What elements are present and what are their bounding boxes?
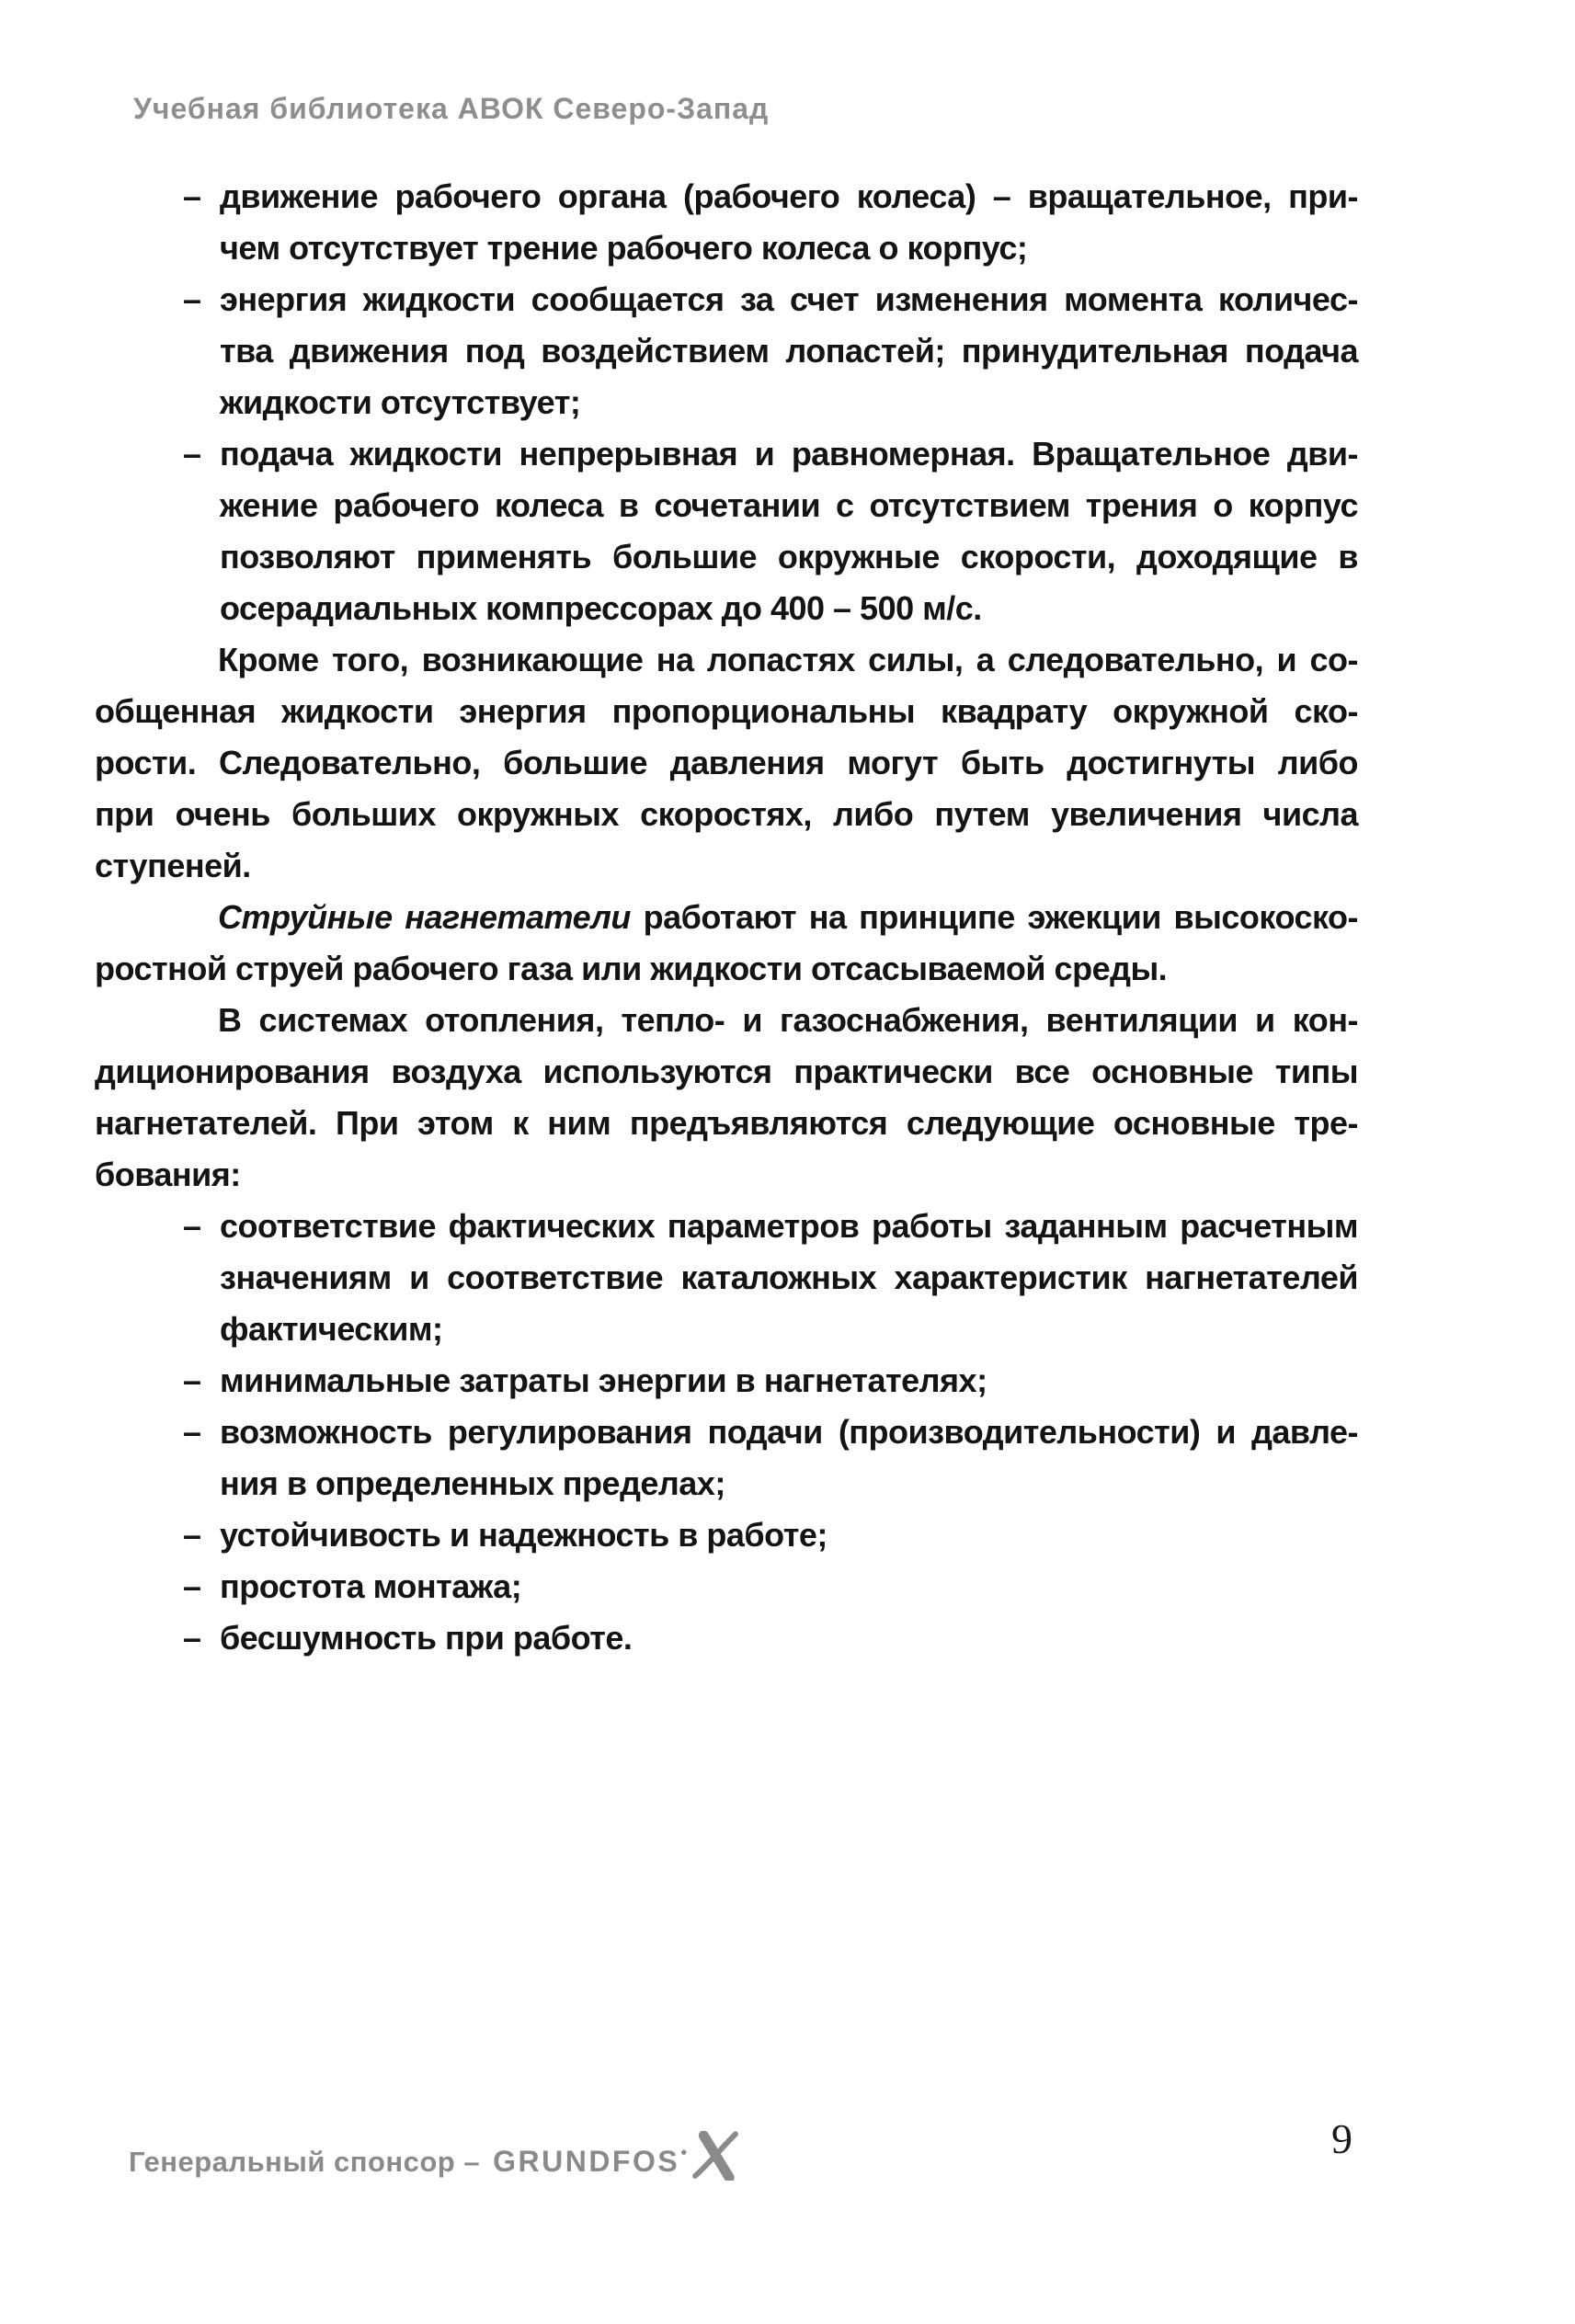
bullet-item: –соответствие фактических параметров раб… (95, 1201, 1358, 1355)
bullet-item: –подача жидкости непрерывная и равномерн… (95, 428, 1358, 634)
sponsor-footer: Генеральный спонсор – GRUNDFOS • (129, 2122, 740, 2179)
text-line: В системах отопления, тепло- и газоснабж… (95, 995, 1358, 1046)
lead-term: Струйные нагнетатели (218, 898, 631, 936)
bullet-dash: – (183, 1612, 201, 1664)
bullet-item: –простота монтажа; (95, 1561, 1358, 1612)
text-line: –устойчивость и надежность в работе; (220, 1509, 1358, 1561)
bullet-dash: – (183, 1509, 201, 1561)
text-line: общенная жидкости энергия пропорциональн… (95, 686, 1358, 737)
text-line: Кроме того, возникающие на лопастях силы… (95, 634, 1358, 686)
text-line: осерадиальных компрессорах до 400 – 500 … (220, 583, 1358, 634)
text-line: жидкости отсутствует; (220, 377, 1358, 428)
text-line: значениям и соответствие каталожных хара… (220, 1252, 1358, 1304)
bullet-dash: – (183, 1407, 201, 1458)
text-line: –подача жидкости непрерывная и равномерн… (220, 428, 1358, 480)
paragraph: Струйные нагнетатели работают на принцип… (95, 892, 1358, 995)
paragraph: Кроме того, возникающие на лопастях силы… (95, 634, 1358, 892)
text-line: –соответствие фактических параметров раб… (220, 1201, 1358, 1252)
bullet-item: –возможность регулирования подачи (произ… (95, 1407, 1358, 1509)
text-line: ростной струей рабочего газа или жидкост… (95, 943, 1358, 995)
text-line: рости. Следовательно, большие давления м… (95, 737, 1358, 789)
text-line: чем отсутствует трение рабочего колеса о… (220, 222, 1358, 274)
text-line: –минимальные затраты энергии в нагнетате… (220, 1355, 1358, 1407)
bullet-item: –энергия жидкости сообщается за счет изм… (95, 274, 1358, 428)
bullet-dash: – (183, 1561, 201, 1612)
text-line: позволяют применять большие окружные ско… (220, 531, 1358, 583)
bullet-dash: – (183, 1355, 201, 1407)
text-line: фактическим; (220, 1304, 1358, 1355)
bullet-dash: – (183, 1201, 201, 1252)
bullet-item: –минимальные затраты энергии в нагнетате… (95, 1355, 1358, 1407)
page-body-text: –движение рабочего органа (рабочего коле… (95, 171, 1358, 1664)
text-line: ния в определенных пределах; (220, 1458, 1358, 1509)
bullet-item: –бесшумность при работе. (95, 1612, 1358, 1664)
trademark-dot: • (680, 2143, 687, 2164)
book-page: Учебная библиотека АВОК Северо-Запад –дв… (0, 0, 1575, 2324)
text-line: –бесшумность при работе. (220, 1612, 1358, 1664)
text-line: Струйные нагнетатели работают на принцип… (95, 892, 1358, 943)
text-line: –движение рабочего органа (рабочего коле… (220, 171, 1358, 222)
bullet-item: –движение рабочего органа (рабочего коле… (95, 171, 1358, 274)
text-line: –простота монтажа; (220, 1561, 1358, 1612)
bullet-item: –устойчивость и надежность в работе; (95, 1509, 1358, 1561)
paragraph: В системах отопления, тепло- и газоснабж… (95, 995, 1358, 1201)
text-line: ступеней. (95, 840, 1358, 892)
text-line: –энергия жидкости сообщается за счет изм… (220, 274, 1358, 325)
text-line: нагнетателей. При этом к ним предъявляют… (95, 1098, 1358, 1149)
text-line: бования: (95, 1149, 1358, 1201)
sponsor-label: Генеральный спонсор – (129, 2146, 480, 2179)
grundfos-butterfly-icon (690, 2131, 740, 2185)
text-line: при очень больших окружных скоростях, ли… (95, 789, 1358, 840)
text-line: диционирования воздуха используются прак… (95, 1046, 1358, 1098)
brand-wordmark: GRUNDFOS (493, 2145, 679, 2179)
text-line: жение рабочего колеса в сочетании с отсу… (220, 480, 1358, 531)
bullet-dash: – (183, 274, 201, 325)
brand-logo: GRUNDFOS • (493, 2122, 740, 2179)
running-head: Учебная библиотека АВОК Северо-Запад (133, 92, 769, 126)
page-number: 9 (1331, 2114, 1352, 2163)
bullet-dash: – (183, 171, 201, 222)
text-line: тва движения под воздействием лопастей; … (220, 325, 1358, 377)
text-line: –возможность регулирования подачи (произ… (220, 1407, 1358, 1458)
bullet-dash: – (183, 428, 201, 480)
